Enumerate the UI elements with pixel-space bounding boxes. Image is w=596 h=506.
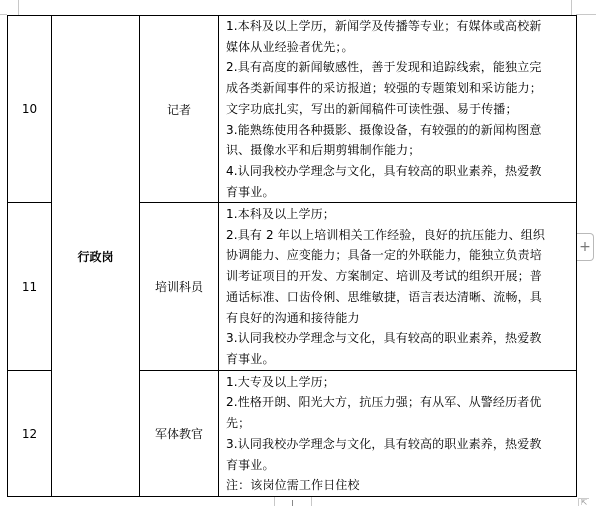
requirements-cell: 1.大专及以上学历； 2.性格开朗、阳光大方，抗压力强；有从军、从警经历者优 先… — [219, 371, 577, 497]
requirements-cell: 1.本科及以上学历； 2.具有 2 年以上培训相关工作经验，良好的抗压能力、组织… — [219, 203, 577, 371]
requirement-line: 育事业。 — [226, 182, 572, 203]
row-number: 11 — [8, 203, 52, 371]
marker-tick — [292, 500, 293, 506]
requirement-line: 训考证项目的开发、方案制定、培训及考试的组织开展；普 — [226, 266, 572, 287]
requirement-line: 1.本科及以上学历； — [226, 204, 572, 225]
department-cell: 行政岗 — [52, 16, 140, 497]
requirement-line: 4.认同我校办学理念与文化，具有较高的职业素养，热爱教 — [226, 161, 572, 182]
add-row-button[interactable]: + — [577, 233, 594, 261]
row-number: 10 — [8, 16, 52, 203]
plus-icon: + — [579, 239, 591, 255]
page-margin-mark — [576, 14, 596, 15]
position-cell: 军体教官 — [140, 371, 219, 497]
column-resize-marker[interactable] — [274, 497, 312, 506]
requirement-line: 育事业。 — [226, 455, 572, 476]
page-margin-mark — [0, 14, 7, 15]
resize-icon: ⇱ — [581, 498, 588, 506]
requirement-line: 育事业。 — [226, 349, 572, 370]
position-cell: 培训科员 — [140, 203, 219, 371]
requirement-line: 协调能力、应变能力；具备一定的外联能力，能独立负责培 — [226, 245, 572, 266]
requirement-line: 先； — [226, 413, 572, 434]
table-resize-handle[interactable]: ⇱ — [578, 498, 589, 506]
page-margin-mark — [571, 0, 572, 15]
requirement-line: 2.性格开朗、阳光大方，抗压力强；有从军、从警经历者优 — [226, 392, 572, 413]
requirement-line: 注：该岗位需工作日住校 — [226, 475, 572, 496]
requirements-cell: 1.本科及以上学历，新闻学及传播等专业；有媒体或高校新 媒体从业经验者优先；。 … — [219, 16, 577, 203]
row-number: 12 — [8, 371, 52, 497]
requirement-line: 2.具有 2 年以上培训相关工作经验，良好的抗压能力、组织 — [226, 225, 572, 246]
requirement-line: 1.本科及以上学历，新闻学及传播等专业；有媒体或高校新 — [226, 16, 572, 37]
table-row: 10 行政岗 记者 1.本科及以上学历，新闻学及传播等专业；有媒体或高校新 媒体… — [8, 16, 577, 203]
requirement-line: 成各类新闻事件的采访报道；较强的专题策划和采访能力； — [226, 78, 572, 99]
requirement-line: 2.具有高度的新闻敏感性，善于发现和追踪线索，能独立完 — [226, 57, 572, 78]
job-requirements-table: 10 行政岗 记者 1.本科及以上学历，新闻学及传播等专业；有媒体或高校新 媒体… — [7, 15, 577, 497]
position-cell: 记者 — [140, 16, 219, 203]
requirement-line: 文字功底扎实，写出的新闻稿件可读性强、易于传播； — [226, 99, 572, 120]
requirement-line: 3.认同我校办学理念与文化，具有较高的职业素养，热爱教 — [226, 434, 572, 455]
requirement-line: 通话标准、口齿伶俐、思维敏捷，语言表达清晰、流畅，具 — [226, 287, 572, 308]
requirement-line: 识、摄像水平和后期剪辑制作能力； — [226, 140, 572, 161]
requirement-line: 媒体从业经验者优先；。 — [226, 37, 572, 58]
page-margin-mark — [18, 0, 19, 15]
requirement-line: 有良好的沟通和接待能力 — [226, 308, 572, 329]
requirement-line: 3.能熟练使用各种摄影、摄像设备，有较强的的新闻构图意 — [226, 120, 572, 141]
requirement-line: 3.认同我校办学理念与文化，具有较高的职业素养，热爱教 — [226, 328, 572, 349]
requirement-line: 1.大专及以上学历； — [226, 372, 572, 393]
